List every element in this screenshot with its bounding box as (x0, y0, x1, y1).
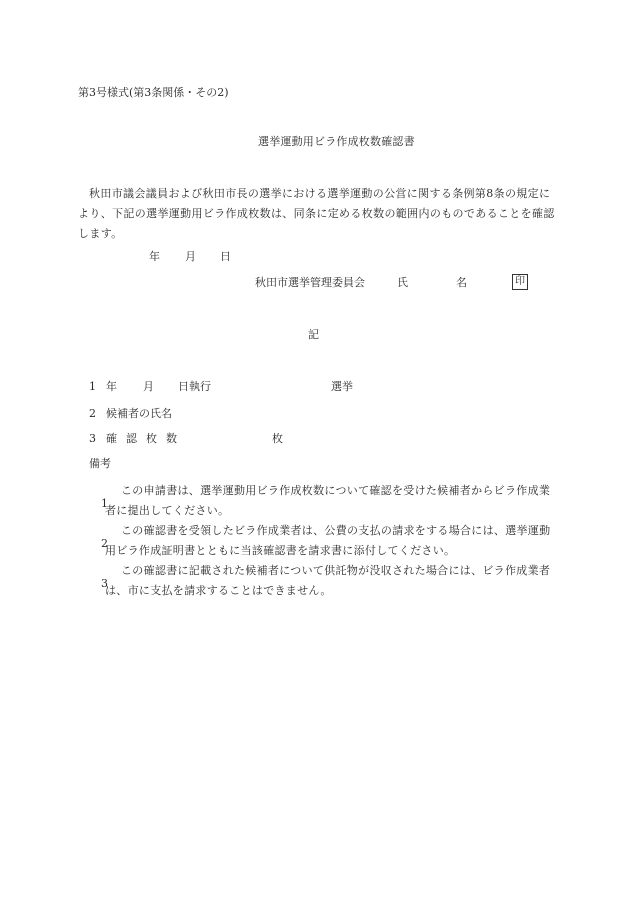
seal-stamp-icon: 印 (512, 274, 528, 290)
item-1-number: 1 (89, 381, 96, 392)
item-1-election: 選挙 (331, 381, 353, 392)
remark-item: 2 この確認書を受領したビラ作成業者は、公費の支払の請求をする場合には、選挙運動… (89, 521, 559, 561)
committee-name: 秋田市選挙管理委員会 (255, 277, 365, 288)
item-1-year: 年 (106, 381, 117, 392)
remark-item: 1 この申請書は、選挙運動用ビラ作成枚数について確認を受けた候補者からビラ作成業… (89, 481, 559, 521)
remark-2-text: この確認書を受領したビラ作成業者は、公費の支払の請求をする場合には、選挙運動用ビ… (105, 524, 550, 557)
remark-3-number: 3 (101, 574, 108, 594)
item-3-number: 3 (89, 433, 96, 444)
remarks-heading: 備考 (89, 458, 111, 469)
intro-paragraph: 秋田市議会議員および秋田市長の選挙における選挙運動の公営に関する条例第8条の規定… (78, 184, 558, 244)
item-3-unit: 枚 (272, 433, 283, 444)
date-day-label: 日 (220, 251, 231, 262)
date-month-label: 月 (185, 251, 196, 262)
remark-1-text: この申請書は、選挙運動用ビラ作成枚数について確認を受けた候補者からビラ作成業者に… (105, 484, 550, 517)
item-2-candidate-name-label: 候補者の氏名 (106, 408, 172, 419)
name-label-shi: 氏 (397, 277, 408, 288)
remark-2-number: 2 (101, 534, 108, 554)
name-label-mei: 名 (456, 277, 467, 288)
item-1-month: 月 (143, 381, 154, 392)
item-2-number: 2 (89, 408, 96, 419)
item-3-confirmed-count-label: 確 認 枚 数 (106, 433, 176, 444)
remark-3-text: この確認書に記載された候補者について供託物が没収された場合には、ビラ作成業者は、… (105, 564, 550, 597)
remarks-list: 1 この申請書は、選挙運動用ビラ作成枚数について確認を受けた候補者からビラ作成業… (89, 481, 559, 601)
form-number: 第3号様式(第3条関係・その2) (78, 87, 229, 98)
document-title: 選挙運動用ビラ作成枚数確認書 (258, 136, 415, 147)
ki-heading: 記 (308, 329, 319, 340)
date-year-label: 年 (149, 251, 160, 262)
remark-1-number: 1 (101, 494, 108, 514)
item-1-day-exec: 日執行 (178, 381, 211, 392)
remark-item: 3 この確認書に記載された候補者について供託物が没収された場合には、ビラ作成業者… (89, 561, 559, 601)
